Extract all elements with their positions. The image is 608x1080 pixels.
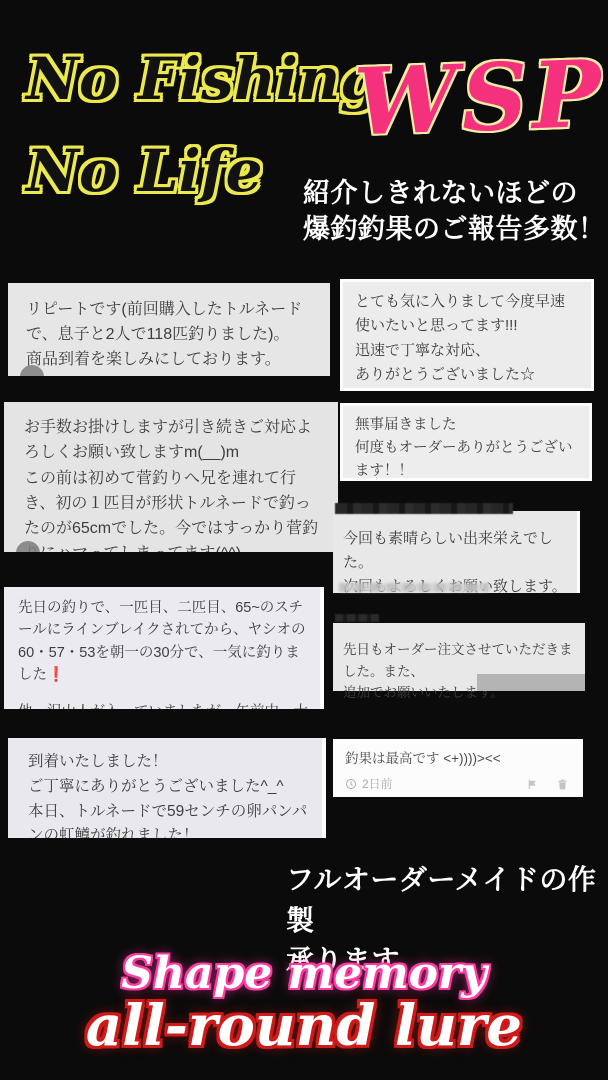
review-text: 先日の釣りで、一匹目、二匹目、65~のスチールにラインブレイクされてから、ヤシオ… <box>18 597 312 687</box>
headline-line1: 紹介しきれないほどの <box>303 176 606 212</box>
review-card-2: とても気に入りまして今度早速 使いたいと思ってます!!! 迅速で丁寧な対応、 あ… <box>340 279 594 391</box>
logo-wsp-badge: WSP <box>352 48 606 149</box>
clock-icon <box>345 778 357 790</box>
review-text: 先日もオーダー注文させていただきました。また、 追加でお願いいたします。 <box>343 639 579 704</box>
review-card-7: 先日もオーダー注文させていただきました。また、 追加でお願いいたします。 <box>333 623 585 691</box>
review-card-9: 釣果は最高です <+))))><< 2日前 <box>333 739 583 797</box>
review-card-8: 到着いたしました！ ご丁寧にありがとうございました^_^ 本日、トルネードで59… <box>8 738 326 838</box>
review-text: お手数お掛けしますが引き続きご対応よろしくお願い致しますm(__)m この前は初… <box>24 415 326 552</box>
redacted-timestamp-strip <box>339 583 489 592</box>
review-card-5: 今回も素晴らしい出来栄えでした。 次回もよろしくお願い致します。 <box>333 511 580 593</box>
order-offer-line1: フルオーダーメイドの作製 <box>286 860 608 941</box>
logo-no-fishing: No Fishing <box>26 50 381 108</box>
review-meta-row: 2日前 <box>345 775 575 793</box>
headline: 紹介しきれないほどの 爆釣釣果のご報告多数！ <box>303 176 606 247</box>
promo-poster: No Fishing WSP No Life 紹介しきれないほどの 爆釣釣果のご… <box>0 0 608 1080</box>
review-text-part2: 他、沢山人が入っていましたが、午前中 大きいのをあげたのは、私と友人だけでした <box>18 701 312 709</box>
review-text: 釣果は最高です <+))))><< <box>345 749 575 769</box>
redacted-text-strip <box>335 503 513 514</box>
review-text: リピートです(前回購入したトルネードで、息子と2人で118匹釣りました)。 商品… <box>26 298 316 372</box>
review-text: とても気に入りまして今度早速 使いたいと思ってます!!! 迅速で丁寧な対応、 あ… <box>355 290 581 387</box>
tagline-all-round-lure: all-round lure <box>0 998 608 1054</box>
review-card-1: リピートです(前回購入したトルネードで、息子と2人で118匹釣りました)。 商品… <box>8 283 330 376</box>
trash-icon[interactable] <box>550 778 575 791</box>
redacted-block <box>477 674 585 691</box>
review-timestamp: 2日前 <box>362 775 393 793</box>
redacted-text-strip <box>335 614 379 622</box>
headline-line2: 爆釣釣果のご報告多数！ <box>303 212 606 248</box>
review-card-4: 無事届きました 何度もオーダーありがとうございます！！ 今回もたくさん釣ります！… <box>340 403 592 481</box>
logo-no-life: No Life <box>26 142 263 200</box>
review-card-3: お手数お掛けしますが引き続きご対応よろしくお願い致しますm(__)m この前は初… <box>4 402 338 552</box>
review-text: 到着いたしました！ ご丁寧にありがとうございました^_^ 本日、トルネードで59… <box>28 750 312 838</box>
review-text: 無事届きました 何度もオーダーありがとうございます！！ 今回もたくさん釣ります！… <box>355 414 581 481</box>
tagline-shape-memory: Shape memory <box>0 952 608 996</box>
red-exclamation-mark: ❗ <box>47 667 65 683</box>
review-card-6: 先日の釣りで、一匹目、二匹目、65~のスチールにラインブレイクされてから、ヤシオ… <box>4 587 324 709</box>
flag-icon[interactable] <box>520 778 545 791</box>
